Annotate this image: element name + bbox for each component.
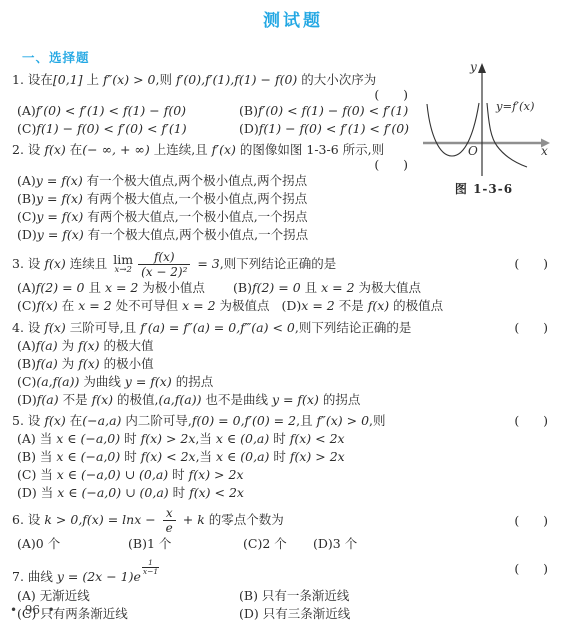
question-3: 3. 设 f(x) 连续且 limx→2f(x)(x − 2)² = 3,则下列…: [12, 249, 586, 315]
option-text: x = 2 不是 f(x) 的极值点: [301, 298, 443, 313]
option-label: (C): [17, 209, 36, 224]
option-label: (C): [17, 467, 40, 482]
option-text: f(x) 在 x = 2 处不可导但 x = 2 为极值点: [36, 298, 269, 313]
option-label: (A): [17, 588, 40, 603]
answer-blank: ( ): [374, 88, 408, 102]
option-d: (D)y = f(x) 有一个极大值点,两个极小值点,一个拐点: [17, 226, 586, 244]
questions-area: 1. 设在[0,1] 上 f″(x) > 0,则 f′(0),f′(1),f(1…: [0, 68, 586, 622]
answer-blank: ( ): [374, 158, 408, 172]
question-stem: 1. 设在[0,1] 上 f″(x) > 0,则 f′(0),f′(1),f(1…: [12, 72, 376, 87]
test-page: 测试题 一、选择题 y x O y=f′(x) 图 1-3-6 1. 设在[0,…: [0, 0, 586, 622]
options-q3-row2: (C)f(x) 在 x = 2 处不可导但 x = 2 为极值点 (D)x = …: [12, 297, 586, 315]
option-label: (A): [17, 173, 36, 188]
option-text: f(1) − f(0) < f′(0) < f′(1): [36, 121, 186, 136]
option-label: (B): [239, 588, 262, 603]
option-label: (A): [17, 280, 36, 295]
option-text: 1 个: [147, 536, 171, 551]
option-a: (A) 当 x ∈ (−a,0) 时 f(x) > 2x,当 x ∈ (0,a)…: [17, 430, 586, 448]
option-label: (B): [128, 536, 147, 551]
option-label: (D): [313, 536, 333, 551]
question-stem: 3. 设 f(x) 连续且 limx→2f(x)(x − 2)² = 3,则下列…: [12, 250, 336, 279]
option-label: (A): [17, 431, 40, 446]
options-q5: (A) 当 x ∈ (−a,0) 时 f(x) > 2x,当 x ∈ (0,a)…: [12, 430, 586, 502]
option-text: 当 x ∈ (−a,0) 时 f(x) < 2x,当 x ∈ (0,a) 时 f…: [40, 449, 345, 464]
question-6: 6. 设 k > 0,f(x) = lnx − xe + k 的零点个数为 ( …: [12, 506, 586, 553]
options-q3-row1: (A)f(2) = 0 且 x = 2 为极小值点 (B)f(2) = 0 且 …: [12, 279, 586, 297]
option-a: (A)f′(0) < f′(1) < f(1) − f(0): [17, 102, 239, 120]
page-number: • 96 •: [10, 603, 55, 617]
answer-blank: ( ): [514, 255, 548, 273]
option-label: (B): [233, 280, 252, 295]
question-stem: 6. 设 k > 0,f(x) = lnx − xe + k 的零点个数为: [12, 506, 284, 535]
option-text: f(2) = 0 且 x = 2 为极大值点: [252, 280, 421, 295]
question-7: 7. 曲线 y = (2x − 1)e1x−1 ( ) (A) 无渐近线 (B)…: [12, 559, 586, 622]
option-a: (A)0 个: [17, 535, 128, 553]
option-label: (D): [17, 392, 37, 407]
option-label: (A): [17, 338, 36, 353]
option-c: (C)2 个: [243, 535, 313, 553]
option-text: f(a) 不是 f(x) 的极值,(a,f(a)) 也不是曲线 y = f(x)…: [37, 392, 361, 407]
option-c: (C)f(1) − f(0) < f′(0) < f′(1): [17, 120, 239, 138]
option-label: (B): [17, 356, 36, 371]
option-d: (D)x = 2 不是 f(x) 的极值点: [282, 298, 444, 313]
option-b: (B)f(2) = 0 且 x = 2 为极大值点: [233, 279, 586, 297]
option-label: (B): [17, 449, 40, 464]
option-label: (D): [239, 121, 259, 136]
options-q4: (A)f(a) 为 f(x) 的极大值 (B)f(a) 为 f(x) 的极小值 …: [12, 337, 586, 409]
question-4: 4. 设 f(x) 三阶可导,且 f′(a) = f″(a) = 0,f‴(a)…: [12, 319, 586, 409]
option-text: 0 个: [36, 536, 60, 551]
option-a: (A)f(2) = 0 且 x = 2 为极小值点: [17, 279, 233, 297]
question-5: 5. 设 f(x) 在(−a,a) 内二阶可导,f(0) = 0,f′(0) =…: [12, 412, 586, 502]
option-text: y = f(x) 有两个极大值点,一个极小值点,一个拐点: [36, 209, 307, 224]
option-text: 当 x ∈ (−a,0) ∪ (0,a) 时 f(x) < 2x: [41, 485, 244, 500]
question-stem: 7. 曲线 y = (2x − 1)e1x−1: [12, 569, 159, 584]
option-b: (B) 当 x ∈ (−a,0) 时 f(x) < 2x,当 x ∈ (0,a)…: [17, 448, 586, 466]
option-text: f′(0) < f(1) − f(0) < f′(1): [258, 103, 408, 118]
option-b: (B)1 个: [128, 535, 243, 553]
options-q6: (A)0 个 (B)1 个 (C)2 个 (D)3 个: [12, 535, 586, 553]
option-d: (D)f(a) 不是 f(x) 的极值,(a,f(a)) 也不是曲线 y = f…: [17, 391, 586, 409]
option-c: (C) 当 x ∈ (−a,0) ∪ (0,a) 时 f(x) > 2x: [17, 466, 586, 484]
option-b: (B) 只有一条渐近线: [239, 587, 586, 605]
option-text: f(a) 为 f(x) 的极大值: [36, 338, 154, 353]
option-c: (C)f(x) 在 x = 2 处不可导但 x = 2 为极值点: [17, 298, 270, 313]
answer-blank: ( ): [514, 512, 548, 530]
option-label: (C): [17, 374, 36, 389]
option-label: (C): [17, 298, 36, 313]
figure-caption: 图 1-3-6: [420, 180, 548, 197]
answer-blank: ( ): [514, 319, 548, 337]
option-text: 只有三条渐近线: [263, 606, 351, 621]
option-label: (D): [17, 485, 41, 500]
option-label: (B): [17, 191, 36, 206]
option-text: y = f(x) 有一个极大值点,两个极小值点,一个拐点: [37, 227, 308, 242]
option-text: 无渐近线: [40, 588, 90, 603]
option-label: (D): [282, 298, 302, 313]
option-label: (A): [17, 536, 36, 551]
option-label: (D): [17, 227, 37, 242]
question-stem: 2. 设 f(x) 在(− ∞, + ∞) 上连续,且 f′(x) 的图像如图 …: [12, 142, 384, 157]
option-text: (a,f(a)) 为曲线 y = f(x) 的拐点: [36, 374, 213, 389]
option-label: (A): [17, 103, 36, 118]
option-text: f′(0) < f′(1) < f(1) − f(0): [36, 103, 186, 118]
option-label: (B): [239, 103, 258, 118]
option-d: (D) 只有三条渐近线: [239, 605, 586, 622]
option-a: (A)f(a) 为 f(x) 的极大值: [17, 337, 586, 355]
option-text: y = f(x) 有两个极大值点,一个极小值点,两个拐点: [36, 191, 307, 206]
options-q7: (A) 无渐近线 (B) 只有一条渐近线 (C) 只有两条渐近线 (D) 只有三…: [12, 587, 586, 622]
option-label: (C): [243, 536, 262, 551]
option-c: (C)(a,f(a)) 为曲线 y = f(x) 的拐点: [17, 373, 586, 391]
option-text: f(a) 为 f(x) 的极小值: [36, 356, 154, 371]
option-label: (D): [239, 606, 263, 621]
option-d: (D)3 个: [313, 535, 586, 553]
answer-blank: ( ): [514, 559, 548, 579]
option-text: 当 x ∈ (−a,0) 时 f(x) > 2x,当 x ∈ (0,a) 时 f…: [40, 431, 345, 446]
option-text: f(2) = 0 且 x = 2 为极小值点: [36, 280, 205, 295]
option-text: 只有一条渐近线: [262, 588, 350, 603]
option-b: (B)f(a) 为 f(x) 的极小值: [17, 355, 586, 373]
answer-blank: ( ): [514, 412, 548, 430]
option-text: 3 个: [333, 536, 357, 551]
option-text: y = f(x) 有一个极大值点,两个极小值点,两个拐点: [36, 173, 307, 188]
option-text: 当 x ∈ (−a,0) ∪ (0,a) 时 f(x) > 2x: [40, 467, 243, 482]
page-title: 测试题: [0, 0, 586, 31]
option-label: (C): [17, 121, 36, 136]
option-text: 2 个: [262, 536, 286, 551]
option-text: f(1) − f(0) < f′(1) < f′(0): [259, 121, 409, 136]
option-d: (D) 当 x ∈ (−a,0) ∪ (0,a) 时 f(x) < 2x: [17, 484, 586, 502]
question-stem: 5. 设 f(x) 在(−a,a) 内二阶可导,f(0) = 0,f′(0) =…: [12, 413, 386, 428]
option-c: (C)y = f(x) 有两个极大值点,一个极小值点,一个拐点: [17, 208, 586, 226]
question-stem: 4. 设 f(x) 三阶可导,且 f′(a) = f″(a) = 0,f‴(a)…: [12, 320, 411, 335]
